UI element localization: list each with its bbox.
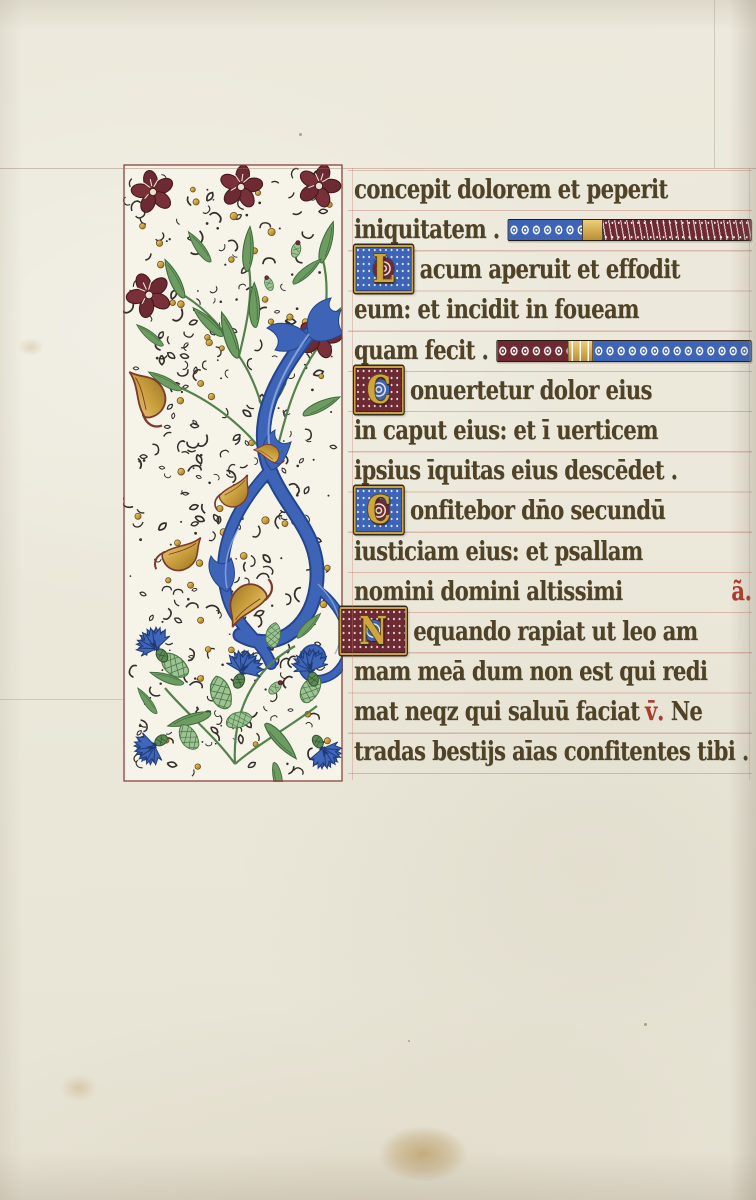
illuminated-border-panel [123,164,343,782]
speck [408,1040,410,1042]
rubric-mark: v̄. [645,699,664,726]
latin-text: mat neqz qui saluū faciat [354,699,639,726]
filler-segment [508,220,582,240]
text-line: nomini domini altissimiã. [354,572,752,612]
filler-segment [603,220,751,240]
line-filler [496,340,751,362]
parchment-stain-small [60,1074,98,1102]
speck [644,1023,647,1026]
latin-text: onuertetur dolor eius [410,378,652,405]
latin-text: equando rapiat ut leo am [413,619,697,646]
speck [299,133,302,136]
text-line: Confitebor dn̄o secundū [354,492,752,532]
filler-segment [567,341,593,361]
text-line: concepit dolorem et peperit [354,170,752,210]
illuminated-initial-C: C [354,366,404,414]
latin-text: acum aperuit et effodit [420,257,680,284]
initial-letter: L [356,247,412,291]
parchment-stain-margin [18,338,44,356]
text-lines: concepit dolorem et peperitiniquitatem .… [354,170,752,773]
initial-letter: C [356,488,402,532]
text-line: eum: et incidit in foueam [354,291,752,331]
illuminated-initial-N: N [340,607,407,655]
text-line: Lacum aperuit et effodit [354,250,752,290]
text-line: iniquitatem . [354,210,752,250]
frame-ruling-vertical [714,0,715,168]
latin-text: concepit dolorem et peperit [354,177,668,204]
latin-text: Ne [664,699,702,726]
filler-segment [497,341,567,361]
latin-text: onfitebor dn̄o secundū [410,498,665,525]
initial-letter: N [341,609,405,653]
text-line: mam meā dum non est qui redi [354,652,752,692]
illuminated-initial-L: L [354,245,413,293]
filler-segment [582,220,603,240]
text-line: tradas bestijs aīas confitentes tibi . [354,733,752,773]
text-line: ipsius īquitas eius descēdet . [354,451,752,491]
line-filler [508,219,752,241]
frame-ruling-top [0,168,756,169]
illuminated-initial-C: C [354,486,404,534]
frame-ruling-left-margin [0,699,123,700]
text-line: iusticiam eius: et psallam [354,532,752,572]
text-column: concepit dolorem et peperitiniquitatem .… [354,170,752,780]
text-line: Conuertetur dolor eius [354,371,752,411]
manuscript-page: concepit dolorem et peperitiniquitatem .… [0,0,756,1200]
text-line: Nequando rapiat ut leo am [354,612,752,652]
latin-text: nomini domini altissimi [354,579,623,606]
latin-text: quam fecit . [354,338,488,365]
initial-letter: C [356,368,402,412]
text-line: mat neqz qui saluū faciatv̄. Ne [354,692,752,732]
latin-text: mam meā dum non est qui redi [354,659,707,686]
rubric-mark: ã. [731,579,751,606]
latin-text: in caput eius: et ī uerticem [354,418,658,445]
parchment-stain-large [378,1126,468,1182]
latin-text: tradas bestijs aīas confitentes tibi . [354,739,749,766]
latin-text: iusticiam eius: et psallam [354,539,643,566]
text-line: quam fecit . [354,331,752,371]
latin-text: ipsius īquitas eius descēdet . [354,458,677,485]
text-line: in caput eius: et ī uerticem [354,411,752,451]
latin-text: eum: et incidit in foueam [354,297,639,324]
latin-text: iniquitatem . [354,217,500,244]
filler-segment [593,341,751,361]
